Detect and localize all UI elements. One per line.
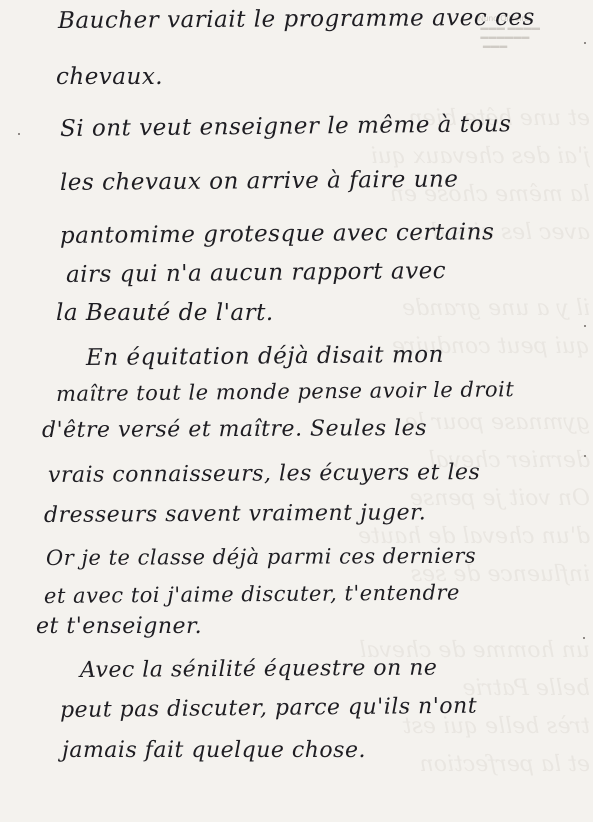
text-line: d'être versé et maître. Seules les [42, 416, 427, 443]
text-line: les chevaux on arrive à faire une [60, 167, 459, 196]
text-line: et t'enseigner. [36, 614, 202, 639]
text-line: pantomime grotesque avec certains [60, 219, 495, 249]
text-line: vrais connaisseurs, les écuyers et les [48, 460, 480, 488]
text-line: chevaux. [56, 64, 163, 90]
text-line: jamais fait quelque chose. [62, 738, 366, 763]
paper-speck [583, 637, 585, 639]
handwritten-text: Baucher variait le programme avec ces ch… [0, 0, 600, 826]
text-line: airs qui n'a aucun rapport avec [66, 258, 446, 288]
text-line: En équitation déjà disait mon [86, 342, 444, 371]
text-line: Or je te classe déjà parmi ces derniers [46, 544, 476, 570]
text-line: maître tout le monde pense avoir le droi… [56, 377, 514, 406]
text-line: Avec la sénilité équestre on ne [80, 656, 438, 683]
paper-speck [584, 42, 586, 44]
text-line: Baucher variait le programme avec ces [58, 5, 535, 34]
paper-speck [584, 455, 586, 457]
text-line: et avec toi j'aime discuter, t'entendre [44, 580, 460, 608]
text-line: Si ont veut enseigner le même à tous [60, 111, 512, 142]
text-line: dresseurs savent vraiment juger. [44, 500, 426, 528]
paper-speck [18, 133, 20, 135]
text-line: la Beauté de l'art. [56, 300, 274, 326]
paper-speck [584, 325, 586, 327]
text-line: peut pas discuter, parce qu'ils n'ont [60, 694, 477, 723]
